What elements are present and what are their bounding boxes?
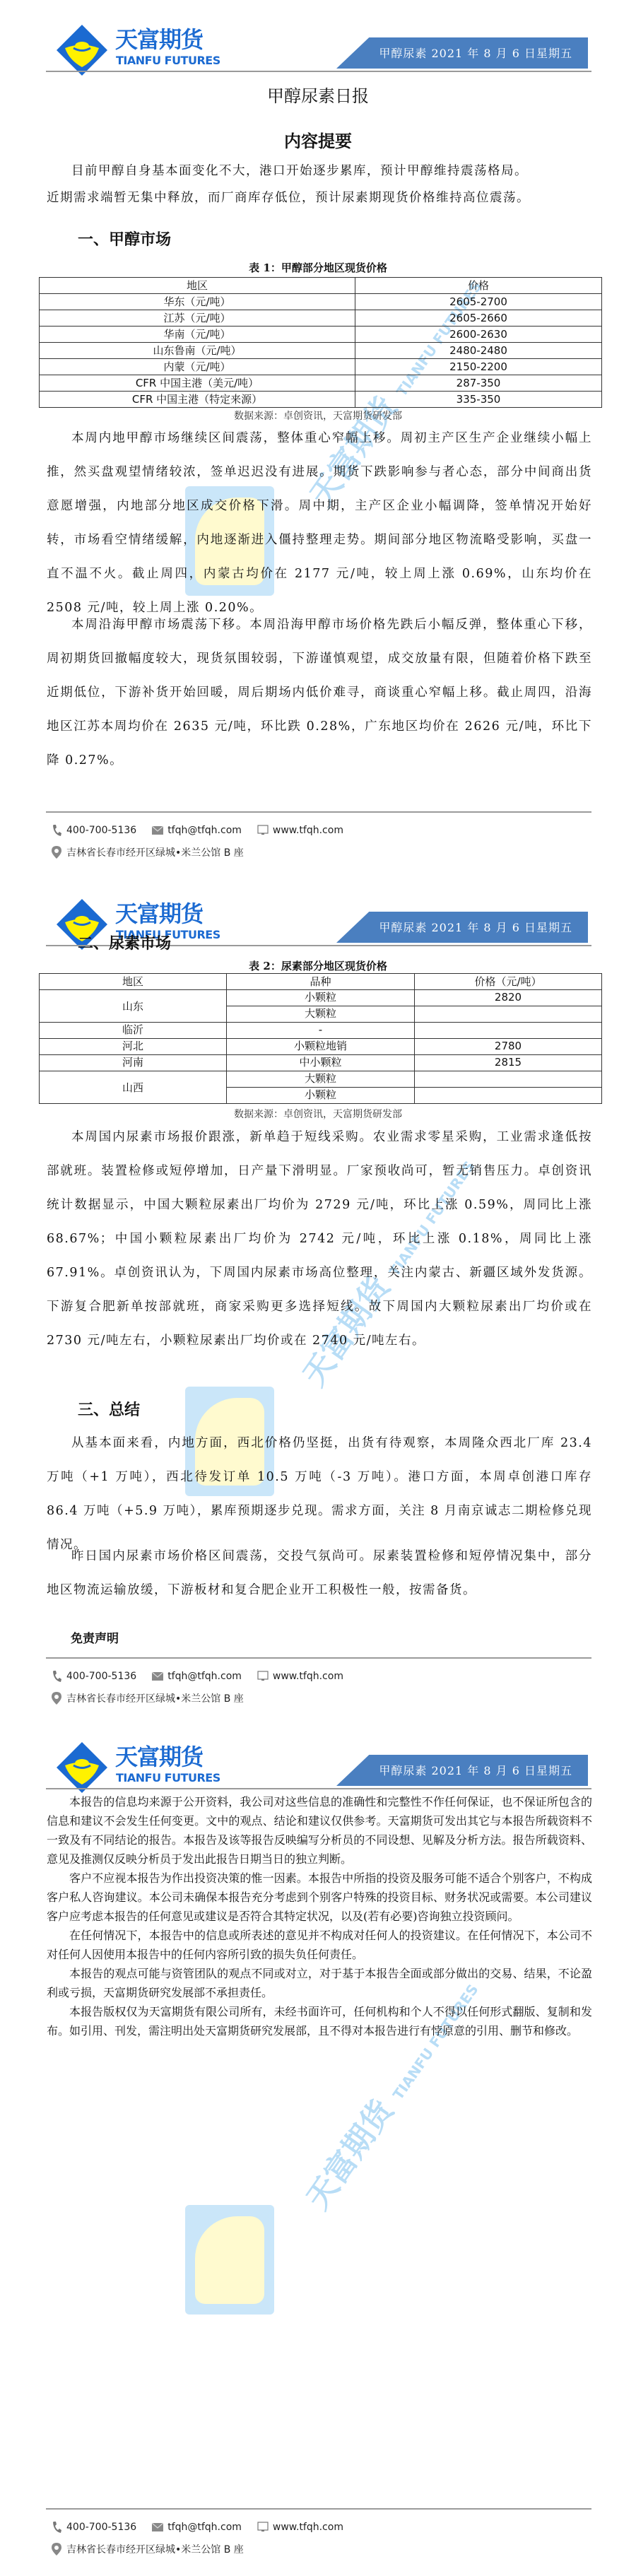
phone-number: 400-700-5136: [66, 1671, 136, 1682]
footer-address: 吉林省长春市经开区绿城•米兰公馆 B 座: [51, 845, 244, 859]
disclaimer-paragraph: 本报告的信息均来源于公开资料，我公司对这些信息的准确性和完整性不作任何保证，也不…: [47, 1792, 592, 1869]
header-divider: [46, 1788, 591, 1789]
footer-contacts: 400-700-5136 tfqh@tfqh.com www.tfqh.com: [51, 1670, 355, 1683]
website-link[interactable]: www.tfqh.com: [273, 825, 343, 836]
region-cell: 山东: [40, 990, 227, 1023]
price-cell: 2605-2700: [355, 294, 602, 310]
region-cell: 华南（元/吨）: [40, 327, 355, 343]
email-link[interactable]: tfqh@tfqh.com: [167, 2522, 242, 2533]
price-cell: 2780: [415, 1039, 602, 1055]
region-cell: 山西: [40, 1071, 227, 1104]
footer-divider: [46, 2508, 591, 2510]
date-banner-text: 甲醇尿素 2021 年 8 月 6 日星期五: [379, 919, 572, 935]
watermark-cn: 天富期货: [300, 2093, 401, 2216]
price-cell: 287-350: [355, 375, 602, 392]
table-header-cell: 价格: [355, 278, 602, 294]
phone-icon: [51, 2521, 62, 2534]
urea-price-table: 地区 品种 价格（元/吨） 山东 小颗粒 2820 大颗粒 临沂 - 河北 小颗…: [39, 973, 602, 1104]
methanol-coastal-paragraph: 本周沿海甲醇市场震荡下移。本周沿海甲醇市场价格先跌后小幅反弹，整体重心下移，周初…: [47, 608, 592, 777]
footer-divider: [46, 811, 591, 813]
variety-cell: 小颗粒: [227, 990, 415, 1006]
region-cell: CFR 中国主港（特定来源）: [40, 392, 355, 408]
page-header: 天富期货 TIANFU FUTURES 甲醇尿素 2021 年 8 月 6 日星…: [0, 0, 636, 81]
tianfu-logo-icon: [57, 25, 107, 76]
date-banner: 甲醇尿素 2021 年 8 月 6 日星期五: [336, 37, 588, 69]
table-header-row: 地区 价格: [40, 278, 602, 294]
section-urea-title: 二、尿素市场: [78, 931, 171, 953]
variety-cell: 小颗粒地销: [227, 1039, 415, 1055]
mail-icon: [152, 2521, 163, 2534]
region-cell: 华东（元/吨）: [40, 294, 355, 310]
table-row: 山东鲁南（元/吨）2480-2480: [40, 343, 602, 359]
footer-address: 吉林省长春市经开区绿城•米兰公馆 B 座: [51, 2542, 244, 2556]
price-cell: 2815: [415, 1055, 602, 1071]
table-row: CFR 中国主港（特定来源）335-350: [40, 392, 602, 408]
monitor-icon: [257, 824, 269, 837]
monitor-icon: [257, 2521, 269, 2534]
variety-cell: 中小颗粒: [227, 1055, 415, 1071]
monitor-icon: [257, 1670, 269, 1683]
website-link[interactable]: www.tfqh.com: [273, 1671, 343, 1682]
footer-website[interactable]: www.tfqh.com: [257, 2521, 343, 2534]
price-cell: 2150-2200: [355, 359, 602, 375]
brand-name-cn: 天富期货: [115, 27, 203, 52]
mail-icon: [152, 824, 163, 837]
footer-website[interactable]: www.tfqh.com: [257, 824, 343, 837]
report-title: 甲醇尿素日报: [0, 82, 636, 107]
table-row: 华南（元/吨）2600-2630: [40, 327, 602, 343]
email-link[interactable]: tfqh@tfqh.com: [167, 825, 242, 836]
variety-cell: 大颗粒: [227, 1071, 415, 1088]
disclaimer-paragraph: 客户不应视本报告为作出投资决策的惟一因素。本报告中所指的投资及服务可能不适合个别…: [47, 1869, 592, 1926]
table-header-cell: 价格（元/吨）: [415, 974, 602, 990]
brand-name-cn: 天富期货: [115, 1744, 203, 1770]
summary-line-2: 近期需求端暂无集中释放，而厂商库存低位，预计尿素期现货价格维持高位震荡。: [47, 181, 592, 215]
location-pin-icon: [51, 846, 62, 859]
price-cell: 335-350: [355, 392, 602, 408]
tianfu-logo-icon: [57, 1742, 107, 1793]
table-header-cell: 品种: [227, 974, 415, 990]
footer-email[interactable]: tfqh@tfqh.com: [152, 1670, 242, 1683]
location-pin-icon: [51, 1692, 62, 1705]
region-cell: CFR 中国主港（美元/吨）: [40, 375, 355, 392]
footer-phone: 400-700-5136: [51, 824, 136, 837]
region-cell: 内蒙（元/吨）: [40, 359, 355, 375]
address-text: 吉林省长春市经开区绿城•米兰公馆 B 座: [66, 845, 244, 859]
region-cell: 河南: [40, 1055, 227, 1071]
brand-name-en: TIANFU FUTURES: [116, 1771, 220, 1785]
location-pin-icon: [51, 2543, 62, 2556]
date-banner: 甲醇尿素 2021 年 8 月 6 日星期五: [336, 912, 588, 943]
footer-phone: 400-700-5136: [51, 1670, 136, 1683]
urea-market-paragraph: 本周国内尿素市场报价跟涨，新单趋于短线采购。农业需求零星采购，工业需求逢低按部就…: [47, 1120, 592, 1358]
region-cell: 临沂: [40, 1023, 227, 1039]
phone-number: 400-700-5136: [66, 825, 136, 836]
region-cell: 山东鲁南（元/吨）: [40, 343, 355, 359]
region-cell: 河北: [40, 1039, 227, 1055]
methanol-price-table: 地区 价格 华东（元/吨）2605-2700 江苏（元/吨）2605-2660 …: [39, 277, 602, 408]
phone-icon: [51, 824, 62, 837]
email-link[interactable]: tfqh@tfqh.com: [167, 1671, 242, 1682]
table1-caption: 表 1：甲醇部分地区现货价格: [0, 260, 636, 275]
footer-divider: [46, 1657, 591, 1659]
disclaimer-paragraph: 本报告的观点可能与资管团队的观点不同或对立，对于基于本报告全面或部分做出的交易、…: [47, 1964, 592, 2002]
table-row: 华东（元/吨）2605-2700: [40, 294, 602, 310]
price-cell: [415, 1071, 602, 1088]
price-cell: 2600-2630: [355, 327, 602, 343]
table-row: 山西 大颗粒: [40, 1071, 602, 1088]
disclaimer-paragraph: 本报告版权仅为天富期货有限公司所有，未经书面许可，任何机构和个人不得以任何形式翻…: [47, 2002, 592, 2040]
page-header: 天富期货 TIANFU FUTURES 甲醇尿素 2021 年 8 月 6 日星…: [0, 1717, 636, 1799]
footer-website[interactable]: www.tfqh.com: [257, 1670, 343, 1683]
footer-contacts: 400-700-5136 tfqh@tfqh.com www.tfqh.com: [51, 824, 355, 837]
table-header-row: 地区 品种 价格（元/吨）: [40, 974, 602, 990]
brand-name-en: TIANFU FUTURES: [116, 54, 220, 68]
price-cell: [415, 1023, 602, 1039]
header-divider: [46, 71, 591, 72]
phone-number: 400-700-5136: [66, 2522, 136, 2533]
variety-cell: 小颗粒: [227, 1088, 415, 1104]
date-banner-text: 甲醇尿素 2021 年 8 月 6 日星期五: [379, 1762, 572, 1778]
variety-cell: 大颗粒: [227, 1006, 415, 1023]
variety-cell: -: [227, 1023, 415, 1039]
table-header-cell: 地区: [40, 278, 355, 294]
date-banner-text: 甲醇尿素 2021 年 8 月 6 日星期五: [379, 45, 572, 61]
table-row: 临沂 -: [40, 1023, 602, 1039]
table2-caption: 表 2：尿素部分地区现货价格: [0, 958, 636, 973]
table-row: 山东 小颗粒 2820: [40, 990, 602, 1006]
brand-name-cn: 天富期货: [115, 901, 203, 927]
disclaimer-paragraph: 在任何情况下，本报告中的信息或所表述的意见并不构成对任何人的投资建议。在任何情况…: [47, 1926, 592, 1964]
summary-title: 内容提要: [0, 127, 636, 152]
mail-icon: [152, 1670, 163, 1683]
summary-urea-paragraph: 昨日国内尿素市场价格区间震荡，交投气氛尚可。尿素装置检修和短停情况集中，部分地区…: [47, 1539, 592, 1607]
methanol-inland-paragraph: 本周内地甲醇市场继续区间震荡，整体重心窄幅上移。周初主产区生产企业继续小幅上推，…: [47, 421, 592, 625]
date-banner: 甲醇尿素 2021 年 8 月 6 日星期五: [336, 1755, 588, 1786]
phone-icon: [51, 1670, 62, 1683]
table2-source: 数据来源：卓创资讯，天富期货研发部: [0, 1107, 636, 1121]
table-row: 江苏（元/吨）2605-2660: [40, 310, 602, 327]
table-row: CFR 中国主港（美元/吨）287-350: [40, 375, 602, 392]
price-cell: 2480-2480: [355, 343, 602, 359]
price-cell: 2820: [415, 990, 602, 1006]
price-cell: [415, 1006, 602, 1023]
region-cell: 江苏（元/吨）: [40, 310, 355, 327]
address-text: 吉林省长春市经开区绿城•米兰公馆 B 座: [66, 2542, 244, 2556]
section-methanol-title: 一、甲醇市场: [78, 228, 171, 249]
disclaimer-title: 免责声明: [71, 1628, 119, 1646]
table-row: 内蒙（元/吨）2150-2200: [40, 359, 602, 375]
footer-email[interactable]: tfqh@tfqh.com: [152, 824, 242, 837]
table-header-cell: 地区: [40, 974, 227, 990]
footer-contacts: 400-700-5136 tfqh@tfqh.com www.tfqh.com: [51, 2521, 355, 2534]
table-row: 河南 中小颗粒 2815: [40, 1055, 602, 1071]
watermark-logo: [185, 2205, 274, 2315]
price-cell: 2605-2660: [355, 310, 602, 327]
footer-email[interactable]: tfqh@tfqh.com: [152, 2521, 242, 2534]
table-row: 河北 小颗粒地销 2780: [40, 1039, 602, 1055]
footer-phone: 400-700-5136: [51, 2521, 136, 2534]
price-cell: [415, 1088, 602, 1104]
footer-address: 吉林省长春市经开区绿城•米兰公馆 B 座: [51, 1691, 244, 1705]
section-summary-title: 三、总结: [78, 1398, 140, 1420]
table1-source: 数据来源：卓创资讯，天富期货研发部: [0, 408, 636, 423]
website-link[interactable]: www.tfqh.com: [273, 2522, 343, 2533]
address-text: 吉林省长春市经开区绿城•米兰公馆 B 座: [66, 1691, 244, 1705]
